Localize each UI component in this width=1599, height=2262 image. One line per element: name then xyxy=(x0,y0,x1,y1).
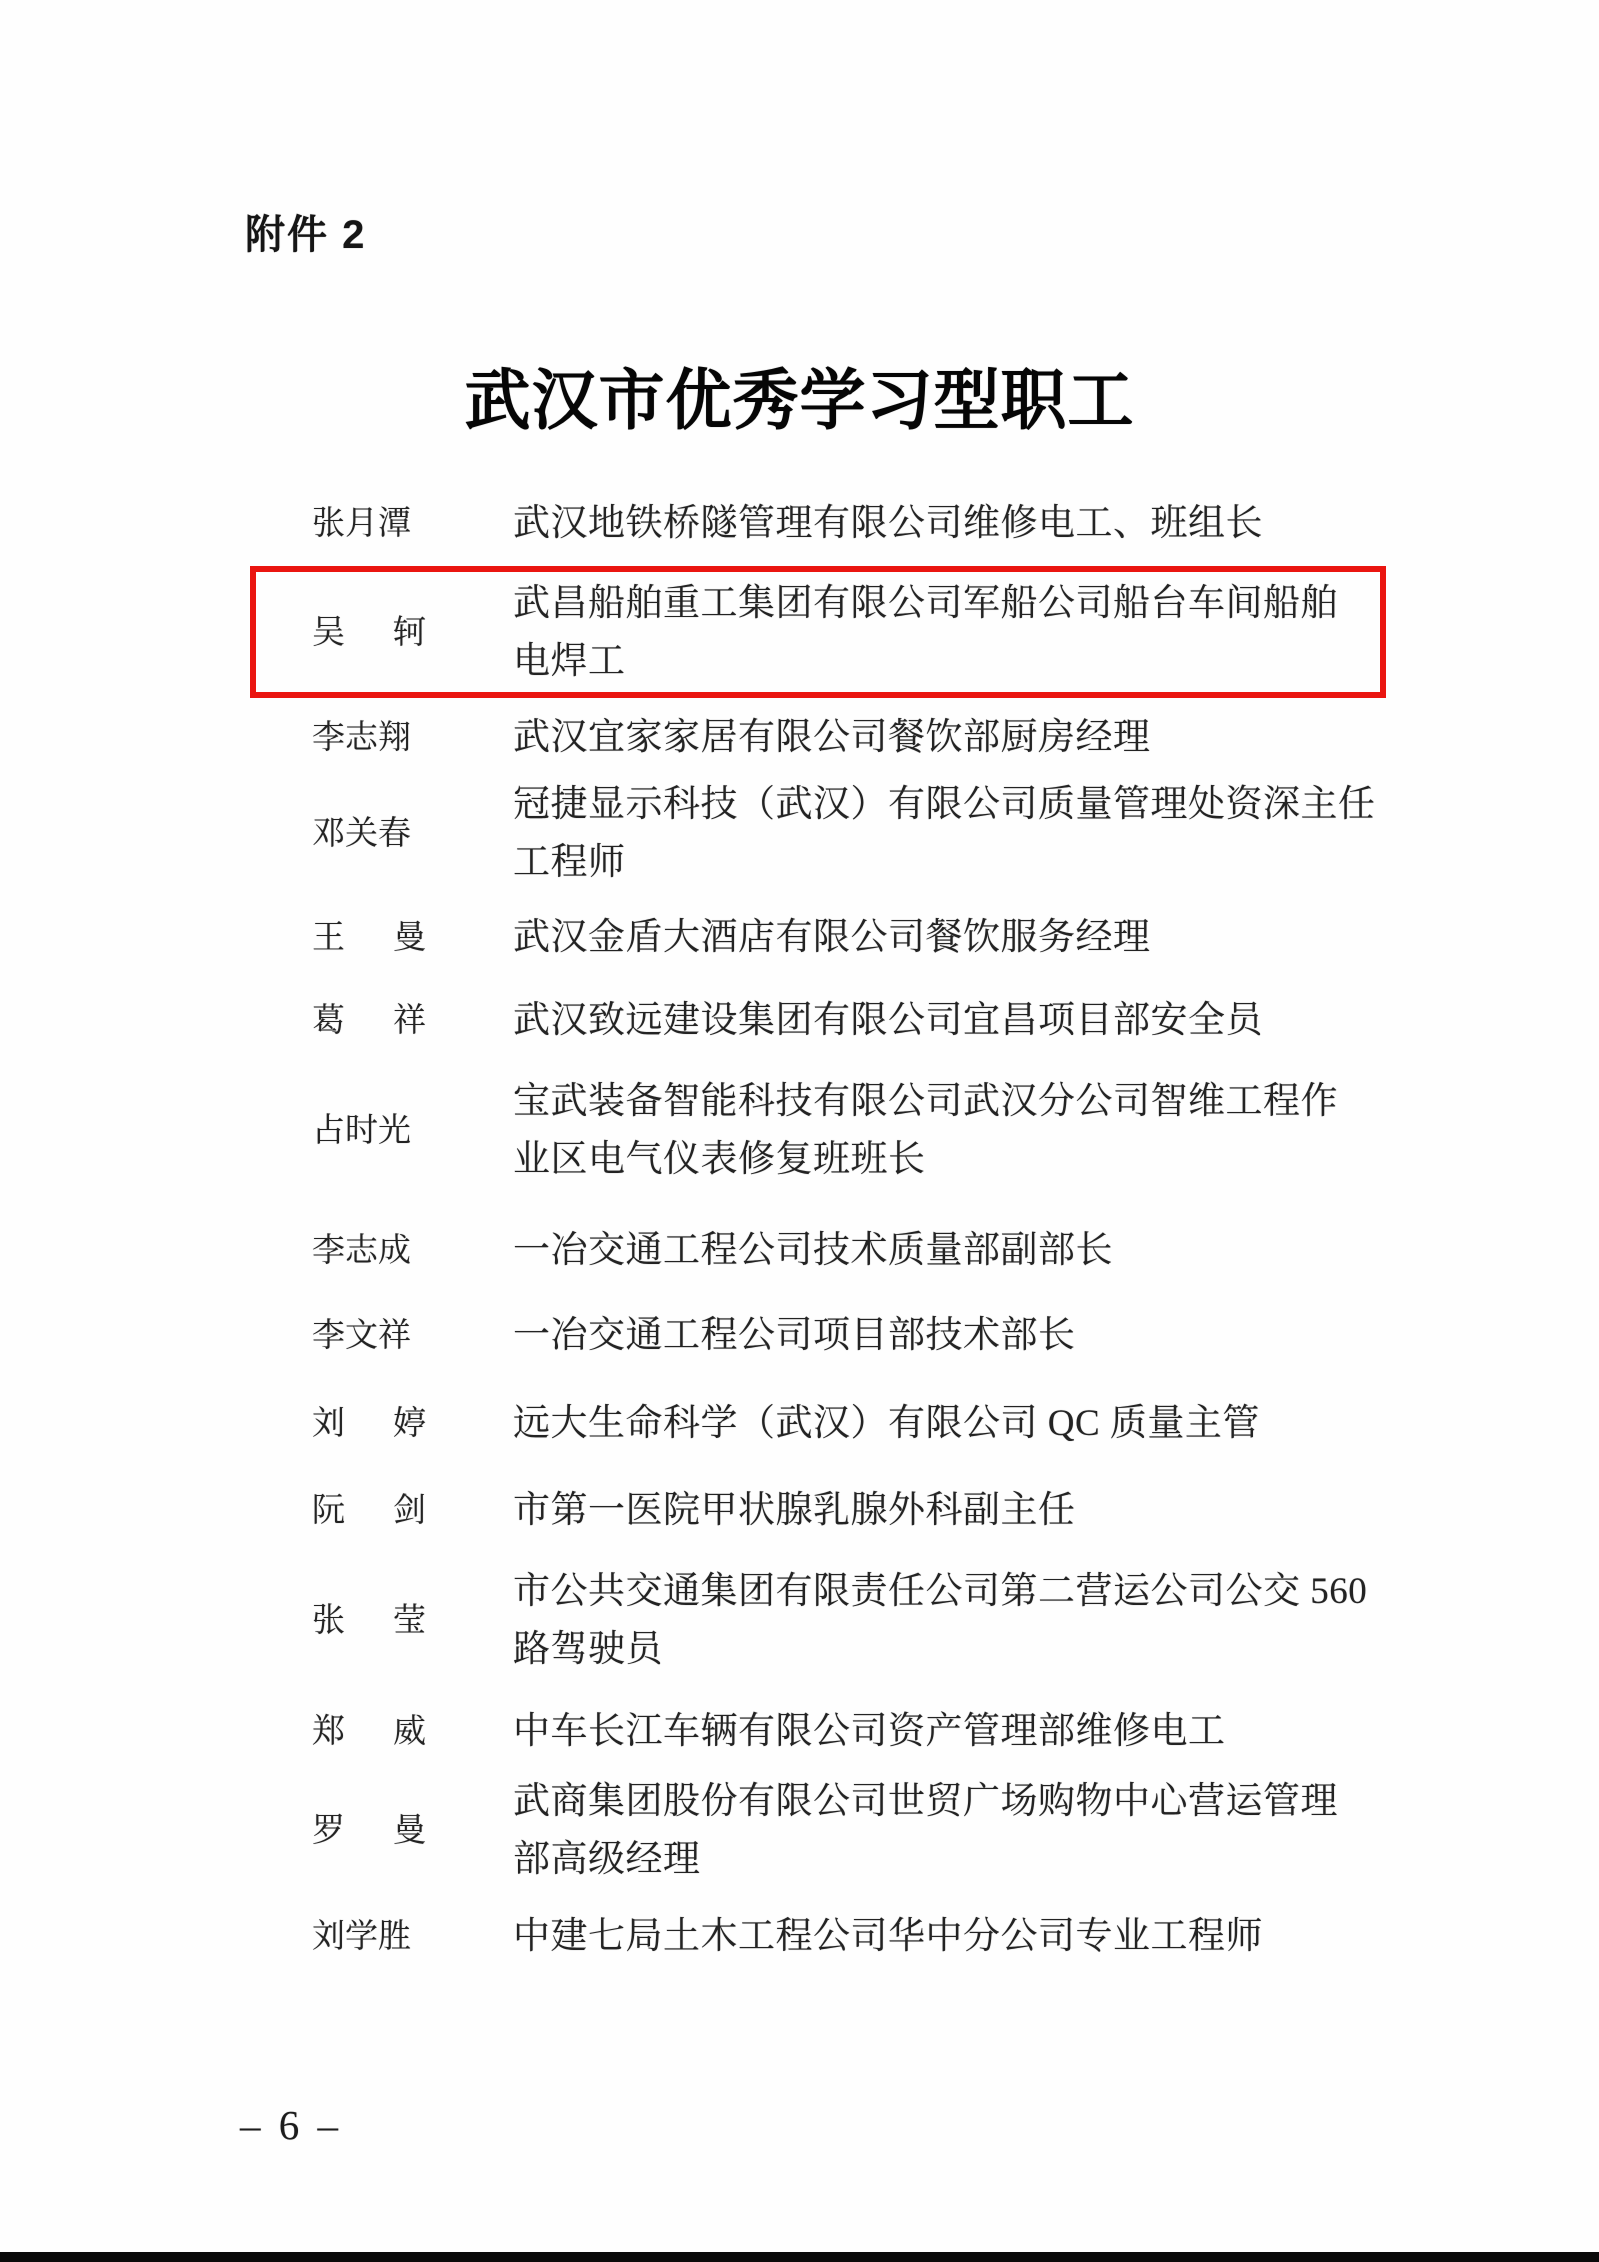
entry-name: 李志翔 xyxy=(312,709,426,767)
entry-name-char: 祥 xyxy=(378,1307,411,1365)
entry-description: 武汉宜家家居有限公司餐饮部厨房经理 xyxy=(513,709,1413,767)
entry-description: 市第一医院甲状腺乳腺外科副主任 xyxy=(513,1482,1413,1540)
roster-entry: 吴轲武昌船舶重工集团有限公司军船公司船台车间船舶电焊工 xyxy=(312,575,1413,691)
entry-name-char: 曼 xyxy=(393,909,426,967)
entry-description: 宝武装备智能科技有限公司武汉分公司智维工程作业区电气仪表修复班班长 xyxy=(513,1073,1413,1189)
entry-description-line: 中车长江车辆有限公司资产管理部维修电工 xyxy=(513,1703,1413,1761)
entry-description-line: 武汉金盾大酒店有限公司餐饮服务经理 xyxy=(513,909,1413,967)
entry-name-char: 时 xyxy=(345,1102,378,1160)
entry-name-char: 刘 xyxy=(312,1395,345,1453)
entry-name-char: 罗 xyxy=(312,1802,345,1860)
entry-description-line: 电焊工 xyxy=(513,633,1413,691)
roster-entry: 郑威中车长江车辆有限公司资产管理部维修电工 xyxy=(312,1703,1413,1761)
entry-description-line: 市公共交通集团有限责任公司第二营运公司公交 560 xyxy=(513,1563,1413,1621)
roster-entry: 李志翔武汉宜家家居有限公司餐饮部厨房经理 xyxy=(312,709,1413,767)
entry-description-line: 工程师 xyxy=(513,834,1413,892)
entry-description-line: 武商集团股份有限公司世贸广场购物中心营运管理 xyxy=(513,1773,1413,1831)
entry-description-line: 部高级经理 xyxy=(513,1831,1413,1889)
entry-name-char: 潭 xyxy=(378,495,411,553)
entry-name-char: 祥 xyxy=(393,992,426,1050)
entry-name-char: 婷 xyxy=(393,1395,426,1453)
attachment-label: 附件 2 xyxy=(245,210,366,260)
entry-name: 张月潭 xyxy=(312,495,426,553)
entry-name: 郑威 xyxy=(312,1703,426,1761)
entry-name: 刘学胜 xyxy=(312,1908,426,1966)
entry-name-char: 威 xyxy=(393,1703,426,1761)
entry-description-line: 业区电气仪表修复班班长 xyxy=(513,1131,1413,1189)
roster-entry: 葛祥武汉致远建设集团有限公司宜昌项目部安全员 xyxy=(312,992,1413,1050)
roster-entry: 邓关春冠捷显示科技（武汉）有限公司质量管理处资深主任工程师 xyxy=(312,776,1413,892)
document-title: 武汉市优秀学习型职工 xyxy=(0,362,1599,442)
entry-description: 武汉地铁桥隧管理有限公司维修电工、班组长 xyxy=(513,495,1413,553)
roster-entry: 王曼武汉金盾大酒店有限公司餐饮服务经理 xyxy=(312,909,1413,967)
entry-description-line: 武汉地铁桥隧管理有限公司维修电工、班组长 xyxy=(513,495,1413,553)
entry-name-char: 莹 xyxy=(393,1592,426,1650)
entry-name-char: 志 xyxy=(345,1222,378,1280)
entry-name-char: 邓 xyxy=(312,805,345,863)
entry-name-char: 成 xyxy=(378,1222,411,1280)
entry-description-line: 一冶交通工程公司项目部技术部长 xyxy=(513,1307,1413,1365)
entry-name-char: 关 xyxy=(345,805,378,863)
roster-entry: 罗曼武商集团股份有限公司世贸广场购物中心营运管理部高级经理 xyxy=(312,1773,1413,1889)
entry-name-char: 阮 xyxy=(312,1482,345,1540)
entry-description: 中建七局土木工程公司华中分公司专业工程师 xyxy=(513,1908,1413,1966)
entry-description: 一冶交通工程公司项目部技术部长 xyxy=(513,1307,1413,1365)
roster-entry: 占时光宝武装备智能科技有限公司武汉分公司智维工程作业区电气仪表修复班班长 xyxy=(312,1073,1413,1189)
entry-description-line: 武汉致远建设集团有限公司宜昌项目部安全员 xyxy=(513,992,1413,1050)
entry-description-line: 冠捷显示科技（武汉）有限公司质量管理处资深主任 xyxy=(513,776,1413,834)
entry-name-char: 学 xyxy=(345,1908,378,1966)
entry-description-line: 武昌船舶重工集团有限公司军船公司船台车间船舶 xyxy=(513,575,1413,633)
entry-name-char: 曼 xyxy=(393,1802,426,1860)
entry-name-char: 吴 xyxy=(312,604,345,662)
entry-description: 武汉金盾大酒店有限公司餐饮服务经理 xyxy=(513,909,1413,967)
roster-entry: 张月潭武汉地铁桥隧管理有限公司维修电工、班组长 xyxy=(312,495,1413,553)
entry-name-char: 张 xyxy=(312,1592,345,1650)
entry-name-char: 志 xyxy=(345,709,378,767)
entry-name: 邓关春 xyxy=(312,805,426,863)
entry-name: 葛祥 xyxy=(312,992,426,1050)
entry-name-char: 郑 xyxy=(312,1703,345,1761)
entry-name-char: 李 xyxy=(312,1307,345,1365)
entry-name-char: 刘 xyxy=(312,1908,345,1966)
entry-description: 远大生命科学（武汉）有限公司 QC 质量主管 xyxy=(513,1395,1413,1453)
entry-name-char: 占 xyxy=(312,1102,345,1160)
roster-entry: 阮剑市第一医院甲状腺乳腺外科副主任 xyxy=(312,1482,1413,1540)
entry-name: 罗曼 xyxy=(312,1802,426,1860)
entry-name-char: 轲 xyxy=(393,604,426,662)
entry-description-line: 路驾驶员 xyxy=(513,1621,1413,1679)
entry-name-char: 春 xyxy=(378,805,411,863)
entry-name-char: 李 xyxy=(312,709,345,767)
page-number: – 6 – xyxy=(240,2100,342,2150)
entry-name: 王曼 xyxy=(312,909,426,967)
entry-name-char: 胜 xyxy=(378,1908,411,1966)
entry-name: 阮剑 xyxy=(312,1482,426,1540)
scan-edge-band xyxy=(0,2252,1599,2262)
roster-entry: 刘婷远大生命科学（武汉）有限公司 QC 质量主管 xyxy=(312,1395,1413,1453)
entry-name-char: 李 xyxy=(312,1222,345,1280)
entry-description: 市公共交通集团有限责任公司第二营运公司公交 560路驾驶员 xyxy=(513,1563,1413,1679)
entry-name: 张莹 xyxy=(312,1592,426,1650)
entry-description: 武昌船舶重工集团有限公司军船公司船台车间船舶电焊工 xyxy=(513,575,1413,691)
entry-description-line: 一冶交通工程公司技术质量部副部长 xyxy=(513,1222,1413,1280)
entry-name-char: 张 xyxy=(312,495,345,553)
entry-description-line: 远大生命科学（武汉）有限公司 QC 质量主管 xyxy=(513,1395,1413,1453)
entry-name-char: 葛 xyxy=(312,992,345,1050)
entry-name-char: 王 xyxy=(312,909,345,967)
entry-description: 中车长江车辆有限公司资产管理部维修电工 xyxy=(513,1703,1413,1761)
entry-description: 武商集团股份有限公司世贸广场购物中心营运管理部高级经理 xyxy=(513,1773,1413,1889)
entry-description: 一冶交通工程公司技术质量部副部长 xyxy=(513,1222,1413,1280)
entry-description: 武汉致远建设集团有限公司宜昌项目部安全员 xyxy=(513,992,1413,1050)
entry-description-line: 市第一医院甲状腺乳腺外科副主任 xyxy=(513,1482,1413,1540)
roster-entry: 刘学胜中建七局土木工程公司华中分公司专业工程师 xyxy=(312,1908,1413,1966)
document-page: 附件 2 武汉市优秀学习型职工 张月潭武汉地铁桥隧管理有限公司维修电工、班组长吴… xyxy=(0,0,1599,2262)
entry-name-char: 文 xyxy=(345,1307,378,1365)
entry-description-line: 中建七局土木工程公司华中分公司专业工程师 xyxy=(513,1908,1413,1966)
entry-description-line: 武汉宜家家居有限公司餐饮部厨房经理 xyxy=(513,709,1413,767)
entry-name-char: 翔 xyxy=(378,709,411,767)
entry-name-char: 光 xyxy=(378,1102,411,1160)
entry-name-char: 剑 xyxy=(393,1482,426,1540)
entry-name: 李文祥 xyxy=(312,1307,426,1365)
entry-name: 占时光 xyxy=(312,1102,426,1160)
roster-entry: 张莹市公共交通集团有限责任公司第二营运公司公交 560路驾驶员 xyxy=(312,1563,1413,1679)
entry-name: 吴轲 xyxy=(312,604,426,662)
entry-name-char: 月 xyxy=(345,495,378,553)
entry-name: 李志成 xyxy=(312,1222,426,1280)
entry-description: 冠捷显示科技（武汉）有限公司质量管理处资深主任工程师 xyxy=(513,776,1413,892)
roster-entry: 李文祥一冶交通工程公司项目部技术部长 xyxy=(312,1307,1413,1365)
roster-entry: 李志成一冶交通工程公司技术质量部副部长 xyxy=(312,1222,1413,1280)
entry-name: 刘婷 xyxy=(312,1395,426,1453)
entry-description-line: 宝武装备智能科技有限公司武汉分公司智维工程作 xyxy=(513,1073,1413,1131)
